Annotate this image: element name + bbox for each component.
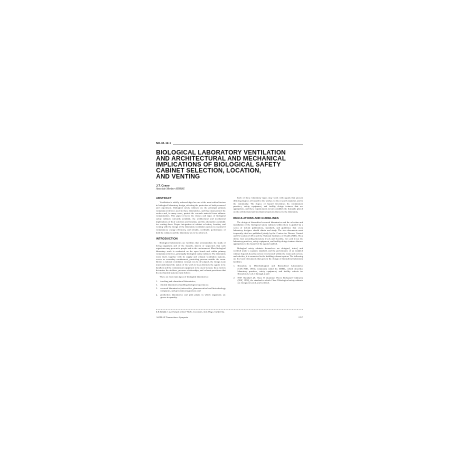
introduction-heading: INTRODUCTION <box>156 237 226 240</box>
list-item-text: clinical laboratories handling biologica… <box>160 283 225 286</box>
regulations-text-2: Biological safety cabinets themselves ar… <box>233 247 303 263</box>
list-item-text: production laboratories and pilot plants… <box>160 293 225 298</box>
page-number: 1257 <box>298 316 303 319</box>
paper-title: BIOLOGICAL LABORATORY VENTILATION AND AR… <box>156 150 303 180</box>
footnote-author-name: J.T. Crane <box>156 311 166 314</box>
right-column: Each of these laboratory types may work … <box>233 197 303 307</box>
page-header: NO-94-19-1 <box>156 142 303 145</box>
journal-name: ASHRAE Transactions: Symposia <box>156 316 188 319</box>
abstract-text: Ventilation is widely acknowledged as on… <box>156 201 226 234</box>
reference-text: NSF Standard 49, Class II (Laminar Flow)… <box>238 276 303 284</box>
reference-text: Biosafety in Microbiological and Biomedi… <box>238 265 303 276</box>
opening-text: Each of these laboratory types may work … <box>233 197 303 213</box>
list-item: 1. teaching and educational laboratories… <box>156 280 226 283</box>
footnote-text: is a principal at Earl Walls Associates,… <box>166 311 225 314</box>
paper-code: NO-94-19-1 <box>156 142 171 145</box>
reference-list: 1. Biosafety in Microbiological and Biom… <box>233 265 303 285</box>
abstract-heading: ABSTRACT <box>156 197 226 200</box>
regulations-heading: REGULATIONS AND GUIDELINES <box>233 217 303 220</box>
list-item-text: research laboratories (universities, pha… <box>160 287 225 292</box>
text-columns: ABSTRACT Ventilation is widely acknowled… <box>156 197 303 307</box>
reference-item: 2. NSF Standard 49, Class II (Laminar Fl… <box>233 276 303 284</box>
regulations-text-1: The design of biomedical research labora… <box>233 221 303 246</box>
laboratory-types-leadin: There are four main types of biological … <box>156 276 226 279</box>
author-block: J.T. Crane Associate Member ASHRAE <box>156 184 303 190</box>
title-line-5: AND VENTING <box>156 174 303 180</box>
list-item-text: teaching and educational laboratories; <box>160 280 225 283</box>
list-item: 4. production laboratories and pilot pla… <box>156 293 226 298</box>
list-item: 2. clinical laboratories handling biolog… <box>156 283 226 286</box>
introduction-text: Biological laboratories are facilities t… <box>156 242 226 275</box>
reference-item: 1. Biosafety in Microbiological and Biom… <box>233 265 303 276</box>
laboratory-types-list: 1. teaching and educational laboratories… <box>156 280 226 299</box>
page-footer: ASHRAE Transactions: Symposia 1257 <box>156 316 303 319</box>
left-column: ABSTRACT Ventilation is widely acknowled… <box>156 197 226 307</box>
author-footnote: J.T. Crane is a principal at Earl Walls … <box>156 311 303 314</box>
list-item: 3. research laboratories (universities, … <box>156 287 226 292</box>
scanned-paper-page: NO-94-19-1 BIOLOGICAL LABORATORY VENTILA… <box>156 138 303 322</box>
page-content: NO-94-19-1 BIOLOGICAL LABORATORY VENTILA… <box>156 142 303 319</box>
author-affiliation: Associate Member ASHRAE <box>156 187 303 190</box>
